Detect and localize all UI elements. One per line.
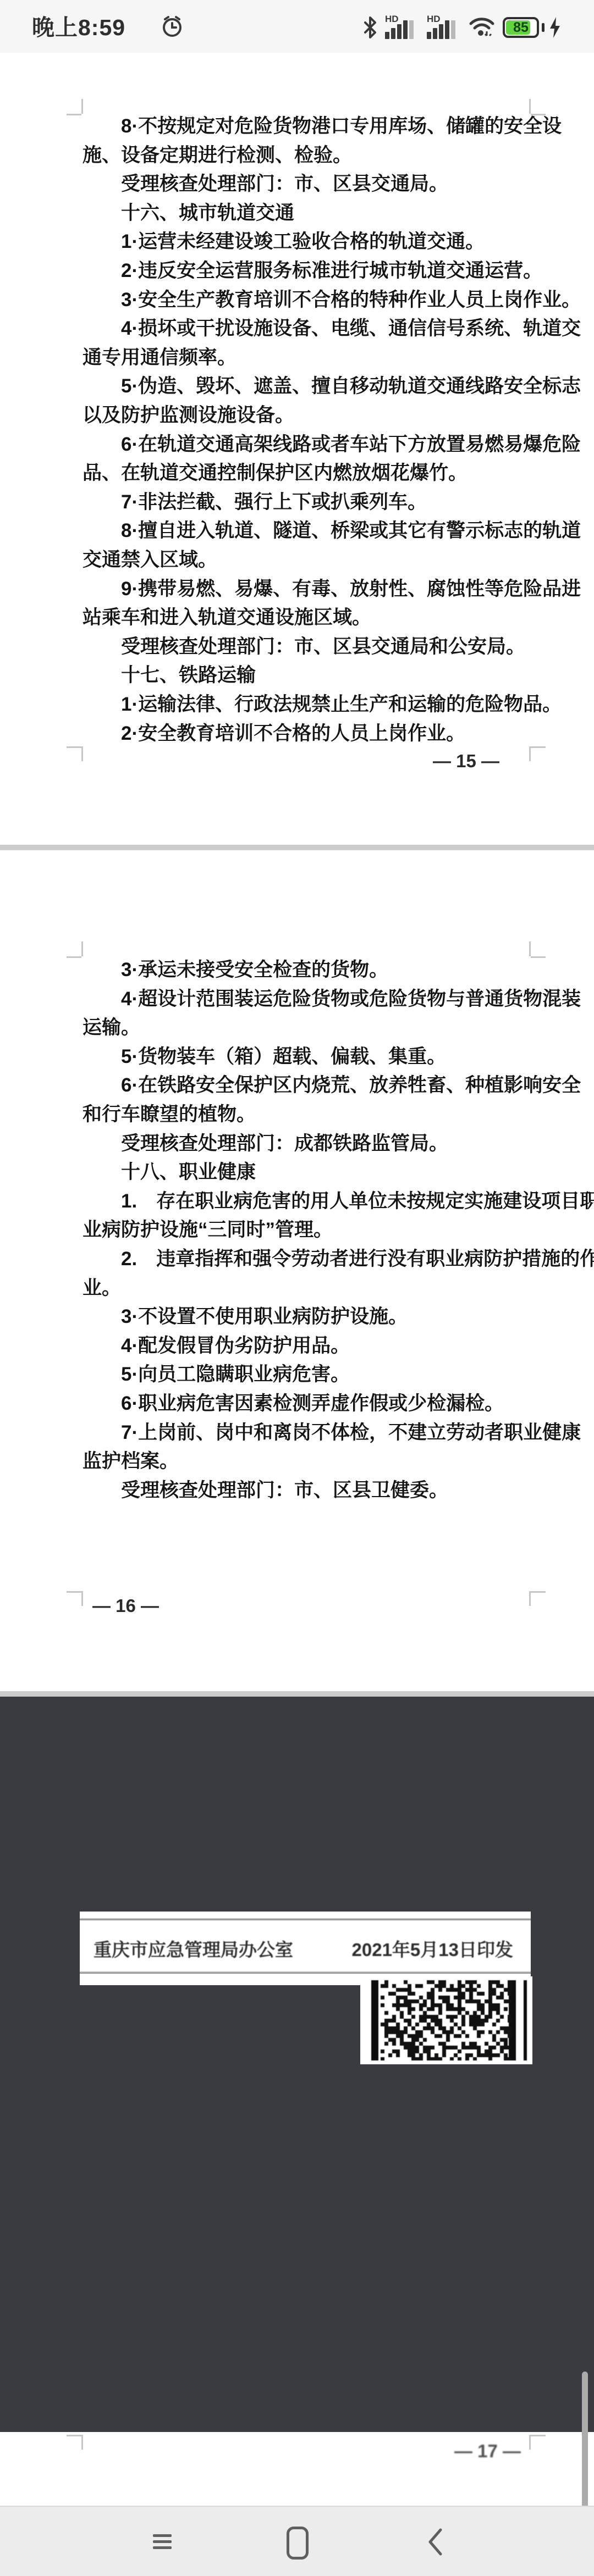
doc-line: 品、在轨道交通控制保护区内燃放烟花爆竹。: [82, 459, 536, 487]
menu-button[interactable]: [153, 2534, 172, 2549]
doc-line: 站乘车和进入轨道交通设施区域。: [82, 603, 536, 632]
doc-line: 5·伪造、毁坏、遮盖、擅自移动轨道交通线路安全标志: [82, 372, 574, 401]
doc-line: 十八、职业健康: [82, 1158, 574, 1187]
doc-line: 3·承运未接受安全检查的货物。: [82, 956, 574, 984]
doc-line: 受理核查处理部门：市、区县交通局和公安局。: [82, 633, 574, 661]
page-number-16: — 16 —: [92, 1596, 159, 1616]
doc-line: 2·安全教育培训不合格的人员上岗作业。: [82, 719, 574, 748]
doc-line: 十六、城市轨道交通: [82, 199, 574, 228]
doc-line: 1·运营未经建设竣工验收合格的轨道交通。: [82, 228, 574, 256]
document-page-15[interactable]: 8·不按规定对危险货物港口专用库场、储罐的安全设施、设备定期进行检测、检验。受理…: [0, 53, 594, 845]
doc-line: 交通禁入区域。: [82, 546, 536, 574]
charging-bolt-icon: [549, 16, 561, 38]
alarm-icon: [161, 15, 184, 38]
page-number-17: — 17 —: [454, 2441, 521, 2462]
doc-line: 9·携带易燃、易爆、有毒、放射性、腐蚀性等危险品进: [82, 575, 574, 603]
android-nav-bar: [0, 2506, 594, 2576]
issue-info-strip: 重庆市应急管理局办公室 2021年5月13日印发: [80, 1912, 531, 1985]
barcode-patch: [360, 1976, 532, 2064]
battery-nub: [542, 23, 544, 32]
doc-line: 7·上岗前、岗中和离岗不体检，不建立劳动者职业健康: [82, 1419, 574, 1447]
doc-line: 7·非法拦截、强行上下或扒乘列车。: [82, 488, 574, 517]
issuer-name: 重庆市应急管理局办公室: [94, 1937, 293, 1963]
battery-icon: 85: [503, 17, 539, 38]
status-bar: 晚上8:59 HD HD 85: [0, 0, 594, 53]
page-divider: [0, 1691, 594, 1697]
document-page-17[interactable]: 重庆市应急管理局办公室 2021年5月13日印发 — 17 —: [0, 1697, 594, 2506]
doc-line: 监护档案。: [82, 1447, 536, 1476]
doc-line: 十七、铁路运输: [82, 661, 574, 690]
doc-line: 施、设备定期进行检测、检验。: [82, 141, 536, 170]
clock-text: 晚上8:59: [32, 0, 125, 53]
page-divider: [0, 845, 594, 850]
doc-line: 5·货物装车（箱）超载、偏载、集重。: [82, 1043, 574, 1071]
signal-bars-icon: [385, 20, 414, 39]
doc-line: 4·配发假冒伪劣防护用品。: [82, 1332, 574, 1360]
wifi-icon: [469, 16, 495, 39]
doc-line: 运输。: [82, 1013, 536, 1042]
doc-line: 通专用通信频率。: [82, 344, 536, 372]
rule-top: [80, 1918, 531, 1920]
doc-line: 受理核查处理部门：市、区县交通局。: [82, 170, 574, 198]
doc-line: 6·职业病危害因素检测弄虚作假或少检漏检。: [82, 1389, 574, 1418]
battery-percent: 85: [505, 20, 537, 36]
doc-line: 2. 违章指挥和强令劳动者进行没有职业病防护措施的作: [82, 1245, 574, 1273]
signal-bars-icon: [427, 20, 455, 39]
document-page-16[interactable]: 3·承运未接受安全检查的货物。4·超设计范围装运危险货物或危险货物与普通货物混装…: [0, 850, 594, 1691]
document-barcode: [371, 1980, 527, 2060]
doc-line: 业。: [82, 1274, 536, 1303]
doc-line: 4·损坏或干扰设施设备、电缆、通信信号系统、轨道交: [82, 314, 574, 343]
doc-line: 和行车瞭望的植物。: [82, 1100, 536, 1129]
doc-line: 2·违反安全运营服务标准进行城市轨道交通运营。: [82, 257, 574, 285]
page-number-15: — 15 —: [433, 751, 499, 772]
page-loading-placeholder: [0, 1697, 594, 2432]
bluetooth-icon: [363, 16, 377, 39]
doc-line: 8·擅自进入轨道、隧道、桥梁或其它有警示标志的轨道: [82, 517, 574, 545]
doc-line: 6·在铁路安全保护区内烧荒、放养牲畜、种植影响安全: [82, 1071, 574, 1100]
doc-line: 业病防护设施“三同时”管理。: [82, 1216, 536, 1244]
print-date: 2021年5月13日印发: [352, 1937, 513, 1963]
doc-line: 8·不按规定对危险货物港口专用库场、储罐的安全设: [82, 112, 574, 141]
doc-line: 1·运输法律、行政法规禁止生产和运输的危险物品。: [82, 690, 574, 719]
home-button[interactable]: [287, 2527, 309, 2560]
signal-sim2: HD: [427, 15, 461, 40]
doc-line: 1. 存在职业病危害的用人单位未按规定实施建设项目职: [82, 1187, 574, 1216]
doc-line: 以及防护监测设施设备。: [82, 401, 536, 430]
signal-sim1: HD: [385, 15, 419, 40]
doc-line: 受理核查处理部门：成都铁路监管局。: [82, 1129, 574, 1158]
doc-line: 受理核查处理部门：市、区县卫健委。: [82, 1476, 574, 1505]
doc-line: 3·不设置不使用职业病防护设施。: [82, 1303, 574, 1331]
doc-line: 3·安全生产教育培训不合格的特种作业人员上岗作业。: [82, 286, 574, 314]
doc-line: 4·超设计范围装运危险货物或危险货物与普通货物混装: [82, 985, 574, 1013]
doc-line: 5·向员工隐瞒职业病危害。: [82, 1360, 574, 1389]
rule-bottom: [80, 1971, 531, 1974]
back-button[interactable]: [427, 2528, 443, 2556]
doc-line: 6·在轨道交通高架线路或者车站下方放置易燃易爆危险: [82, 430, 574, 459]
